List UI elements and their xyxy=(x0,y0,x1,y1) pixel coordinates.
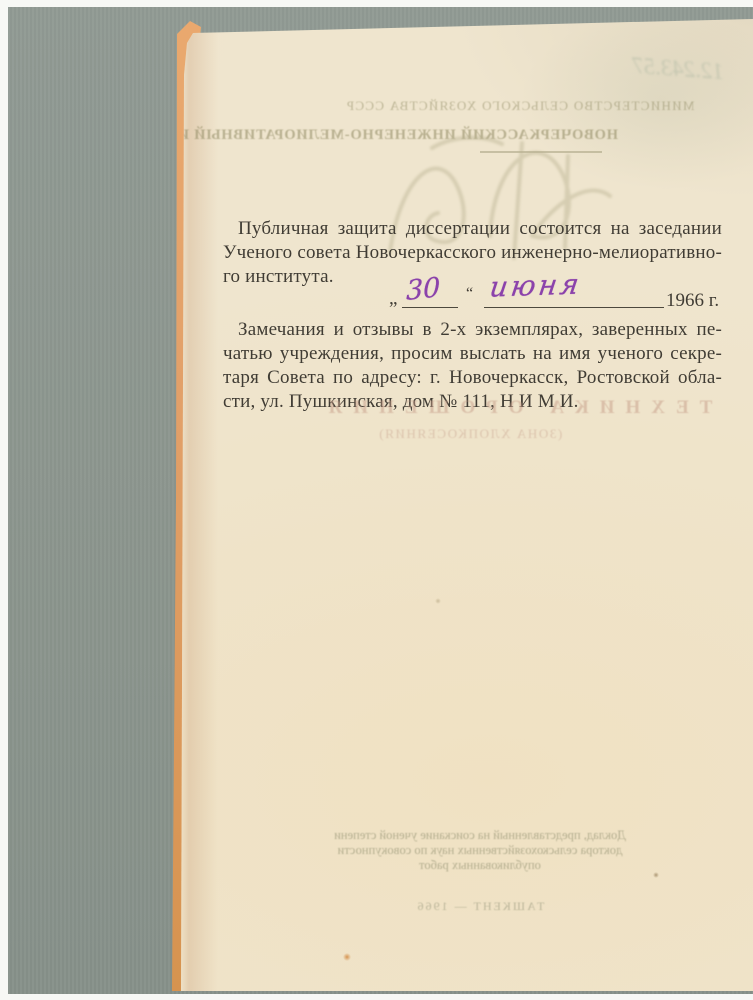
date-year: 1966 г. xyxy=(666,290,719,312)
bleedthrough-footer-line: доктора сельскохозяйственных наук по сов… xyxy=(250,843,710,858)
bleedthrough-title: ТЕХНИКА ОРОШЕНИЯ xyxy=(300,397,730,419)
bleedthrough-subtitle: (ЗОНА ХЛОПКОСЕЯНИЯ) xyxy=(280,426,660,442)
handwritten-month: июня xyxy=(488,267,584,303)
handwritten-day: 30 xyxy=(406,272,440,307)
date-close-quote: “ xyxy=(466,285,473,303)
text-line: Замечания и отзывы в 2-х экземплярах, за… xyxy=(223,318,722,342)
bleedthrough-city-year: ТАШКЕНТ — 1966 xyxy=(250,899,710,914)
bleedthrough-footer-line: Доклад, представленный на соискание учен… xyxy=(250,828,710,843)
bleedthrough-handwritten-number: 12.243.57 xyxy=(597,50,753,87)
bleedthrough-footer-line: опубликованных работ xyxy=(250,858,710,873)
bleedthrough-ministry-line: МИНИСТЕРСТВО СЕЛЬСКОГО ХОЗЯЙСТВА СССР xyxy=(330,98,710,114)
text-line: чатью учреждения, просим выслать на имя … xyxy=(223,342,722,366)
text-line: Публичная защита диссертации состоится н… xyxy=(223,217,722,241)
text-line: Ученого совета Новочеркасского инженерно… xyxy=(223,241,722,265)
date-open-quote: „ xyxy=(389,288,397,310)
paragraph-defense-notice: Публичная защита диссертации состоится н… xyxy=(223,217,722,289)
scan-canvas: { "colors": { "paper": "#efe5ce", "scann… xyxy=(0,0,753,1000)
bleedthrough-footer: Доклад, представленный на соискание учен… xyxy=(250,828,710,873)
text-line: таря Совета по адресу: г. Новочеркасск, … xyxy=(223,366,722,390)
